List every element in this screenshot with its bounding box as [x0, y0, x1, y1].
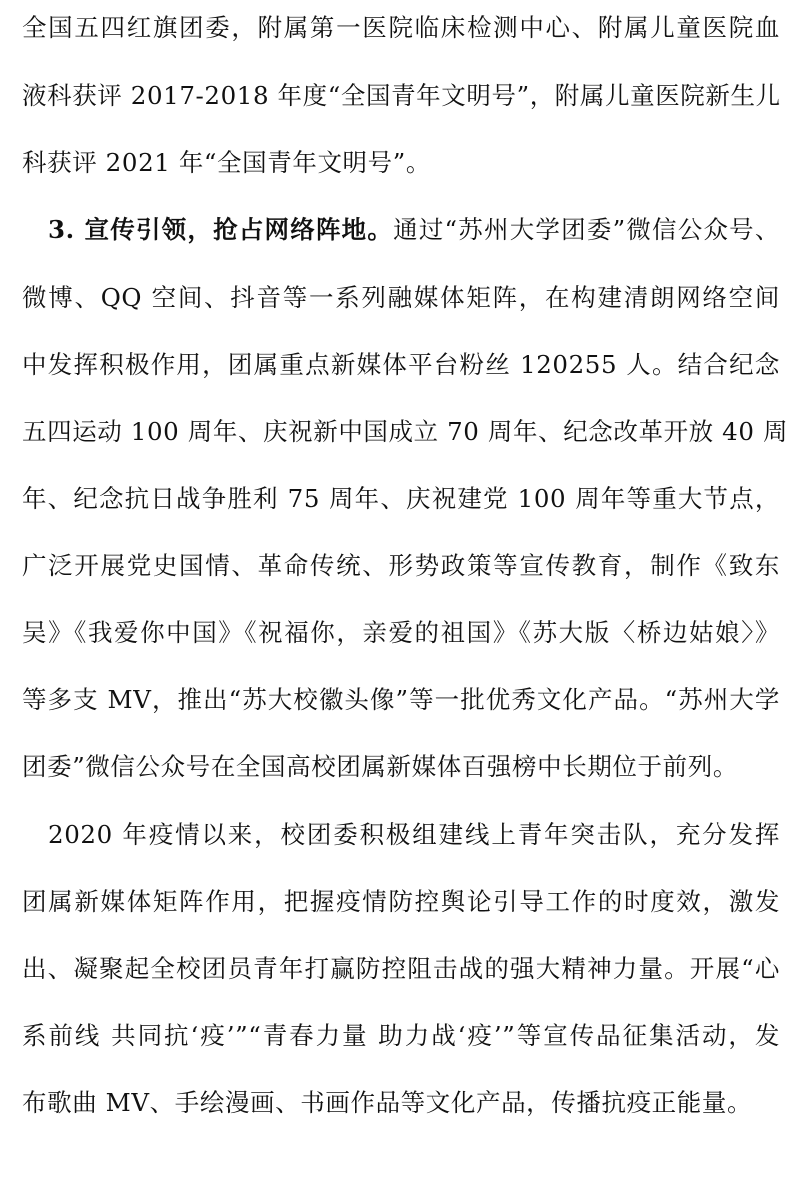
paragraph-line: 科获评 2021 年“全国青年文明号”。 — [22, 143, 780, 183]
section-3-lead-line: 3. 宣传引领，抢占网络阵地。通过“苏州大学团委”微信公众号、 — [48, 210, 780, 250]
section-3-text: 通过“苏州大学团委”微信公众号、 — [393, 215, 780, 244]
paragraph-line: 团委”微信公众号在全国高校团属新媒体百强榜中长期位于前列。 — [22, 747, 780, 787]
section-3-title: 3. 宣传引领，抢占网络阵地。 — [48, 215, 393, 244]
paragraph-line: 全国五四红旗团委，附属第一医院临床检测中心、附属儿童医院血 — [22, 8, 780, 48]
paragraph-line: 年、纪念抗日战争胜利 75 周年、庆祝建党 100 周年等重大节点， — [22, 479, 780, 519]
paragraph-line: 布歌曲 MV、手绘漫画、书画作品等文化产品，传播抗疫正能量。 — [22, 1083, 780, 1123]
paragraph-line: 五四运动 100 周年、庆祝新中国成立 70 周年、纪念改革开放 40 周 — [22, 412, 780, 452]
paragraph-line: 团属新媒体矩阵作用，把握疫情防控舆论引导工作的时度效，激发 — [22, 882, 780, 922]
paragraph-line: 吴》《我爱你中国》《祝福你，亲爱的祖国》《苏大版〈桥边姑娘〉》 — [22, 613, 780, 653]
paragraph-line: 广泛开展党史国情、革命传统、形势政策等宣传教育，制作《致东 — [22, 546, 780, 586]
paragraph-line: 2020 年疫情以来，校团委积极组建线上青年突击队，充分发挥 — [48, 815, 780, 855]
paragraph-line: 中发挥积极作用，团属重点新媒体平台粉丝 120255 人。结合纪念 — [22, 345, 780, 385]
document-page: 全国五四红旗团委，附属第一医院临床检测中心、附属儿童医院血 液科获评 2017-… — [0, 0, 799, 1178]
paragraph-line: 液科获评 2017-2018 年度“全国青年文明号”，附属儿童医院新生儿 — [22, 76, 780, 116]
paragraph-line: 系前线 共同抗‘疫’”“青春力量 助力战‘疫’”等宣传品征集活动，发 — [22, 1016, 780, 1056]
paragraph-line: 微博、QQ 空间、抖音等一系列融媒体矩阵，在构建清朗网络空间 — [22, 278, 780, 318]
paragraph-line: 出、凝聚起全校团员青年打赢防控阻击战的强大精神力量。开展“心 — [22, 949, 780, 989]
paragraph-line: 等多支 MV，推出“苏大校徽头像”等一批优秀文化产品。“苏州大学 — [22, 680, 780, 720]
